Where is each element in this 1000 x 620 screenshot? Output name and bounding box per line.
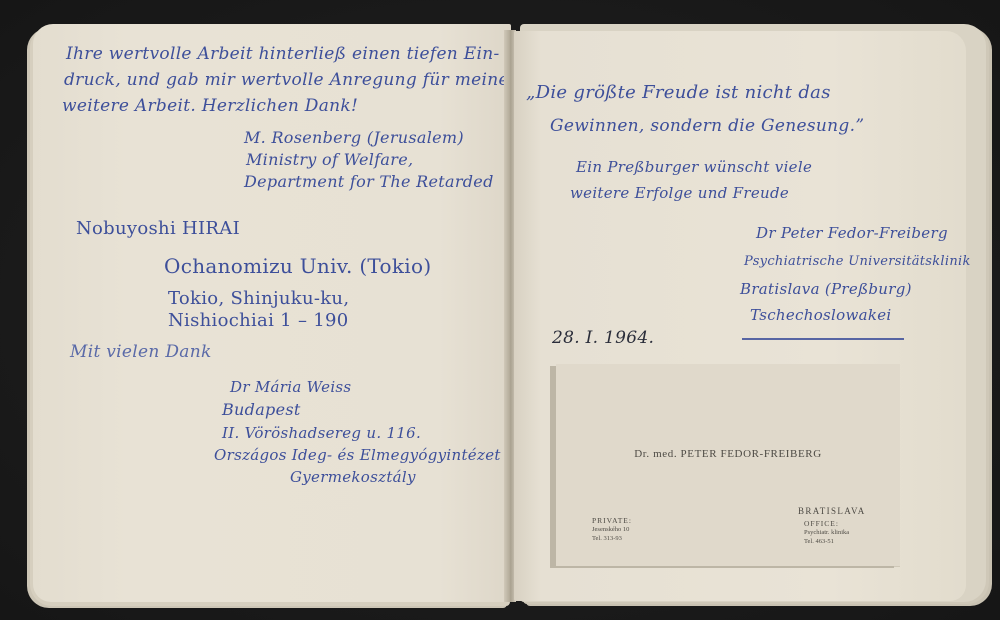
card-private-label: PRIVATE:	[592, 516, 632, 525]
entry3-signature-line1: Dr Mária Weiss	[230, 378, 351, 396]
entry2-line1: Ochanomizu Univ. (Tokio)	[164, 254, 431, 278]
wish-line1: Ein Preßburger wünscht viele	[576, 158, 812, 176]
card-city: BRATISLAVA	[798, 506, 866, 516]
quote-line2: Gewinnen, sondern die Genesung.”	[550, 116, 864, 136]
entry-date: 28. I. 1964.	[552, 328, 654, 348]
entry3-signature-line4: Országos Ideg- és Elmegyógyintézet	[214, 446, 501, 464]
entry3-signature-line3: II. Vöröshadsereg u. 116.	[222, 424, 421, 442]
entry1-signature-line3: Department for The Retarded	[244, 172, 494, 191]
card-private-block: PRIVATE: Jesenského 10 Tel. 313-93	[592, 516, 632, 543]
entry2-line3: Nishiochiai 1 – 190	[168, 310, 349, 331]
card-private-address: Jesenského 10	[592, 525, 632, 534]
card-office-block: OFFICE: Psychiatr. klinika Tel. 463-51	[804, 519, 849, 546]
card-office-address: Psychiatr. klinika	[804, 528, 849, 537]
entry3-signature-line2: Budapest	[222, 400, 301, 419]
wish-line2: weitere Erfolge und Freude	[570, 184, 789, 202]
signature-line1: Dr Peter Fedor-Freiberg	[756, 224, 948, 242]
entry3-signature-line5: Gyermekosztály	[290, 468, 416, 486]
signature-line3: Bratislava (Preßburg)	[740, 280, 912, 298]
entry1-line3: weitere Arbeit. Herzlichen Dank!	[62, 96, 358, 116]
card-office-tel: Tel. 463-51	[804, 537, 849, 546]
card-name: Dr. med. PETER FEDOR-FREIBERG	[556, 448, 900, 460]
entry1-signature-line2: Ministry of Welfare,	[246, 150, 413, 169]
entry1-signature-line1: M. Rosenberg (Jerusalem)	[244, 128, 464, 147]
entry2-name: Nobuyoshi HIRAI	[76, 218, 240, 239]
entry2-line2: Tokio, Shinjuku-ku,	[168, 288, 349, 309]
card-office-label: OFFICE:	[804, 519, 849, 528]
entry3-greeting: Mit vielen Dank	[70, 342, 212, 362]
card-private-tel: Tel. 313-93	[592, 534, 632, 543]
signature-underline	[742, 338, 904, 340]
entry1-line1: Ihre wertvolle Arbeit hinterließ einen t…	[66, 44, 500, 64]
entry1-line2: druck, und gab mir wertvolle Anregung fü…	[64, 70, 509, 90]
signature-line4: Tschechoslowakei	[750, 306, 892, 324]
signature-line2: Psychiatrische Universitätsklinik	[744, 254, 971, 269]
quote-line1: „Die größte Freude ist nicht das	[526, 82, 831, 103]
business-card: Dr. med. PETER FEDOR-FREIBERG BRATISLAVA…	[556, 364, 900, 566]
